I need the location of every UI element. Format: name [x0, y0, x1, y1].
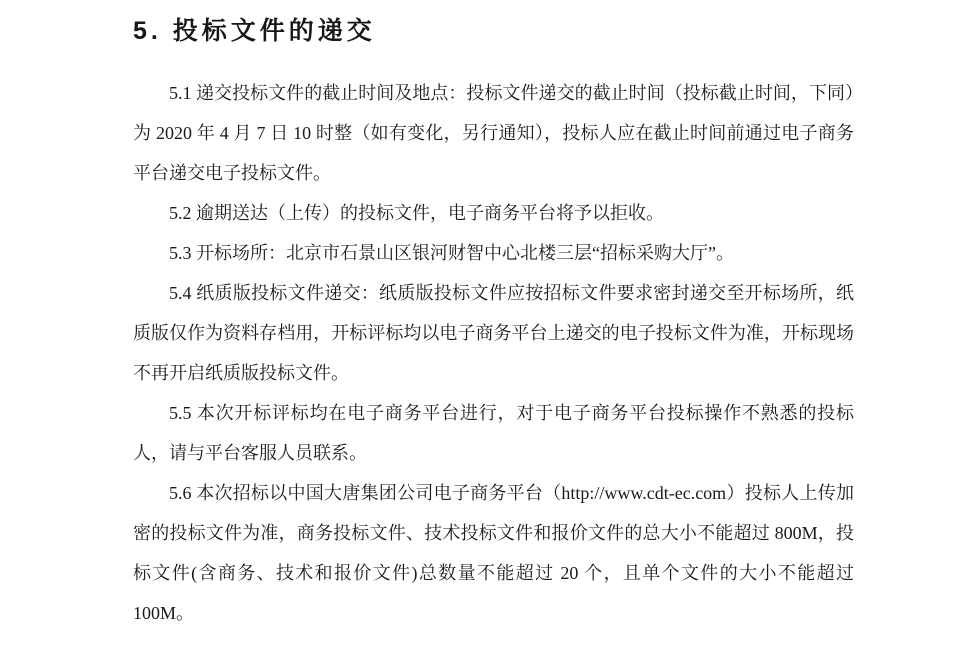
paragraph-5-2: 5.2 逾期送达（上传）的投标文件，电子商务平台将予以拒收。: [133, 193, 854, 233]
paragraph-5-5: 5.5 本次开标评标均在电子商务平台进行，对于电子商务平台投标操作不熟悉的投标人…: [133, 393, 854, 473]
section-heading: 5. 投标文件的递交: [133, 16, 854, 47]
paragraph-5-3: 5.3 开标场所：北京市石景山区银河财智中心北楼三层“招标采购大厅”。: [133, 233, 854, 273]
paragraph-5-6: 5.6 本次招标以中国大唐集团公司电子商务平台（http://www.cdt-e…: [133, 473, 854, 633]
paragraph-5-4: 5.4 纸质版投标文件递交：纸质版投标文件应按招标文件要求密封递交至开标场所，纸…: [133, 273, 854, 393]
document-page: 5. 投标文件的递交 5.1 递交投标文件的截止时间及地点：投标文件递交的截止时…: [0, 0, 960, 665]
paragraph-5-1: 5.1 递交投标文件的截止时间及地点：投标文件递交的截止时间（投标截止时间，下同…: [133, 73, 854, 193]
